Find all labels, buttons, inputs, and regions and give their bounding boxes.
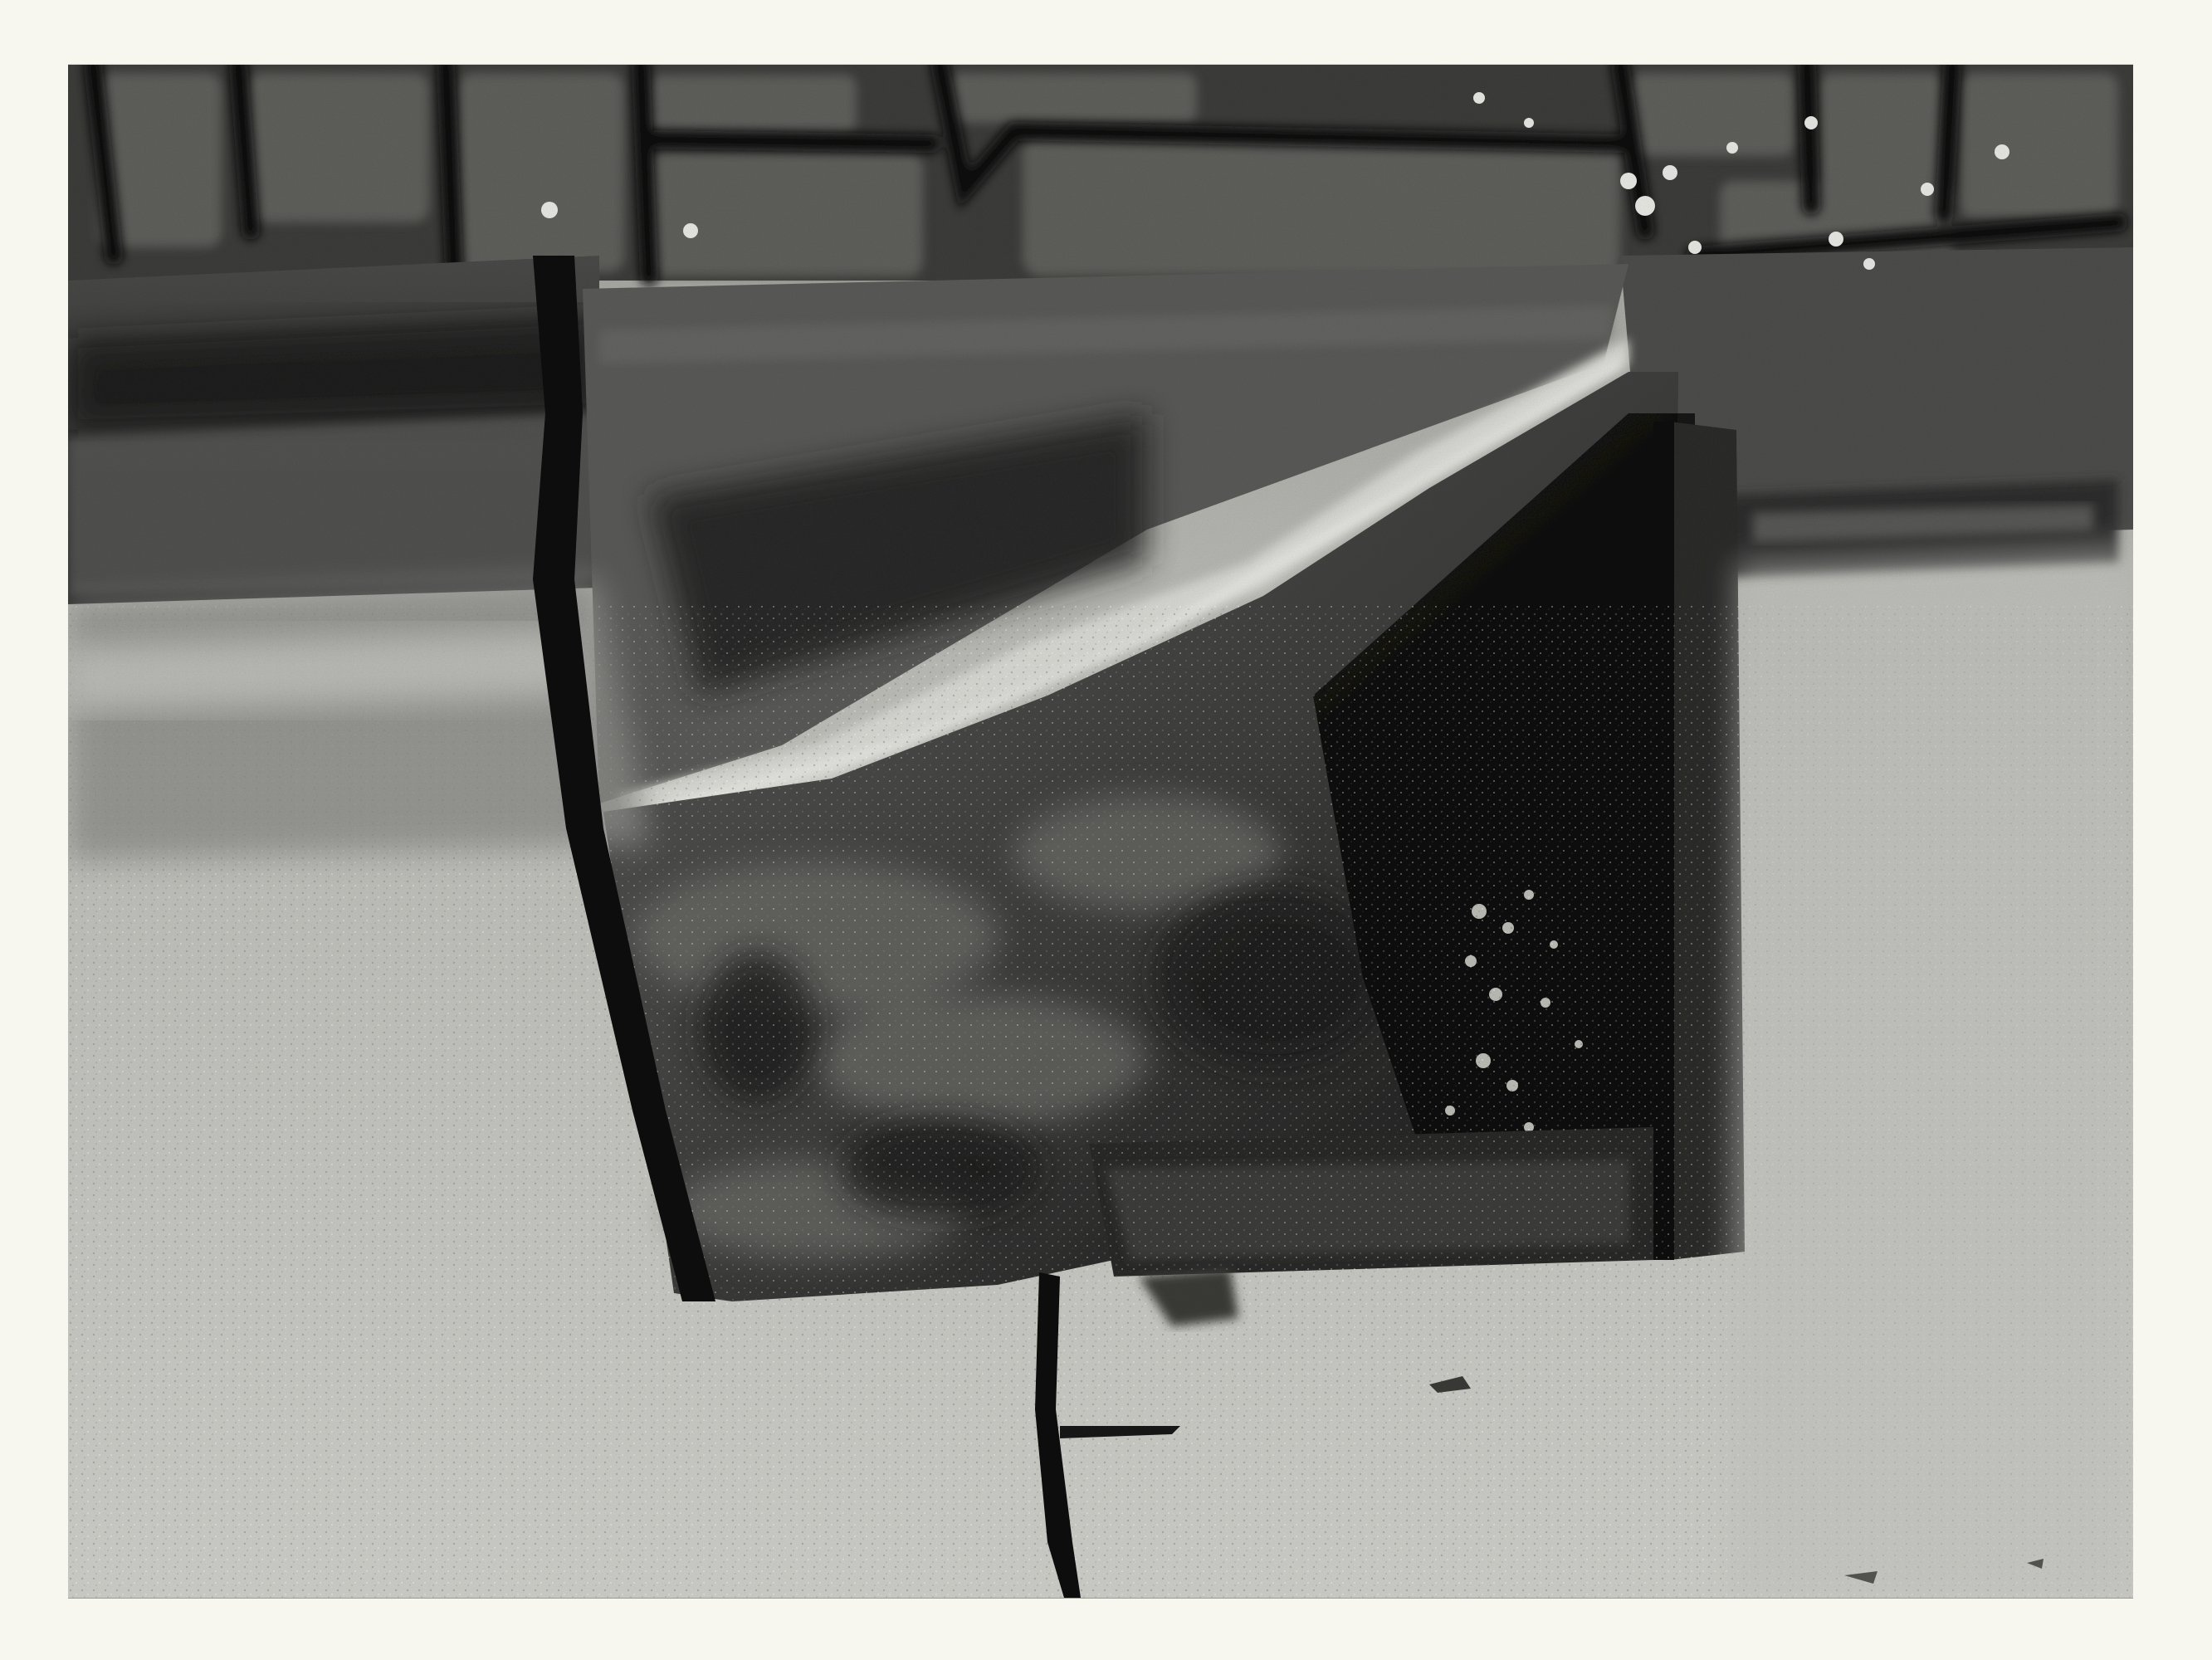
photograph [68,65,2133,1598]
print-mount [0,0,2212,1660]
photo-scene [68,65,2133,1598]
